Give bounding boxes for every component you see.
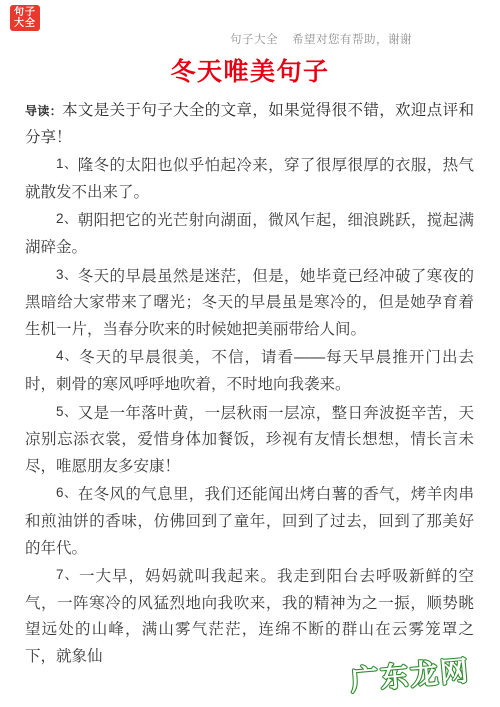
watermark-text: 广东龙网	[349, 655, 471, 696]
paragraph-2: 2、朝阳把它的光芒射向湖面，微风乍起，细浪跳跃，搅起满湖碎金。	[25, 206, 474, 261]
document-page: 句子 大全 句子大全希望对您有帮助，谢谢 冬天唯美句子 导读：本文是关于句子大全…	[0, 0, 500, 707]
paragraph-5: 5、又是一年落叶黄，一层秋雨一层凉，整日奔波挺辛苦，天凉别忘添衣裳，爱惜身体加餐…	[25, 399, 474, 481]
page-header: 句子大全希望对您有帮助，谢谢	[0, 31, 500, 47]
paragraph-4: 4、冬天的早晨很美，不信，请看——每天早晨推开门出去时，刺骨的寒风呼呼地吹着，不…	[25, 343, 474, 398]
paragraph-number: 2、	[56, 211, 78, 226]
paragraph-text: 隆冬的太阳也似乎怕起冷来，穿了很厚很厚的衣服，热气就散发不出来了。	[25, 157, 474, 201]
site-logo-line1: 句子	[14, 7, 36, 18]
paragraph-text: 冬天的早晨虽然是迷茫，但是，她毕竟已经冲破了寒夜的黑暗给大家带来了曙光；冬天的早…	[25, 268, 474, 338]
paragraph-number: 1、	[56, 156, 78, 171]
site-logo-badge: 句子 大全	[10, 5, 40, 31]
lead-label: 导读：	[25, 104, 62, 118]
paragraph-number: 6、	[56, 485, 78, 500]
site-logo-line2: 大全	[14, 18, 36, 29]
header-site-name: 句子大全	[230, 34, 278, 46]
paragraph-number: 4、	[56, 348, 79, 363]
paragraph-6: 6、在冬风的气息里，我们还能闻出烤白薯的香气，烤羊肉串和煎油饼的香味，仿佛回到了…	[25, 480, 474, 562]
paragraph-text: 在冬风的气息里，我们还能闻出烤白薯的香气，烤羊肉串和煎油饼的香味，仿佛回到了童年…	[25, 486, 474, 556]
paragraph-text: 朝阳把它的光芒射向湖面，微风乍起，细浪跳跃，搅起满湖碎金。	[25, 212, 474, 256]
lead-text: 本文是关于句子大全的文章，如果觉得很不错，欢迎点评和分享！	[25, 102, 474, 146]
header-tagline: 希望对您有帮助，谢谢	[292, 34, 412, 46]
watermark-logo: 广东龙网	[346, 645, 476, 703]
paragraph-text: 又是一年落叶黄，一层秋雨一层凉，整日奔波挺辛苦，天凉别忘添衣裳，爱惜身体加餐饭，…	[25, 405, 474, 475]
paragraph-3: 3、冬天的早晨虽然是迷茫，但是，她毕竟已经冲破了寒夜的黑暗给大家带来了曙光；冬天…	[25, 262, 474, 344]
paragraph-1: 1、隆冬的太阳也似乎怕起冷来，穿了很厚很厚的衣服，热气就散发不出来了。	[25, 151, 474, 206]
page-title: 冬天唯美句子	[0, 56, 500, 88]
article-body: 导读：本文是关于句子大全的文章，如果觉得很不错，欢迎点评和分享！ 1、隆冬的太阳…	[25, 98, 474, 670]
paragraph-number: 3、	[56, 267, 78, 282]
paragraph-text: 冬天的早晨很美，不信，请看——每天早晨推开门出去时，刺骨的寒风呼呼地吹着，不时地…	[25, 349, 474, 393]
paragraph-number: 7、	[56, 567, 79, 582]
lead-paragraph: 导读：本文是关于句子大全的文章，如果觉得很不错，欢迎点评和分享！	[25, 98, 474, 151]
paragraph-number: 5、	[56, 404, 78, 419]
